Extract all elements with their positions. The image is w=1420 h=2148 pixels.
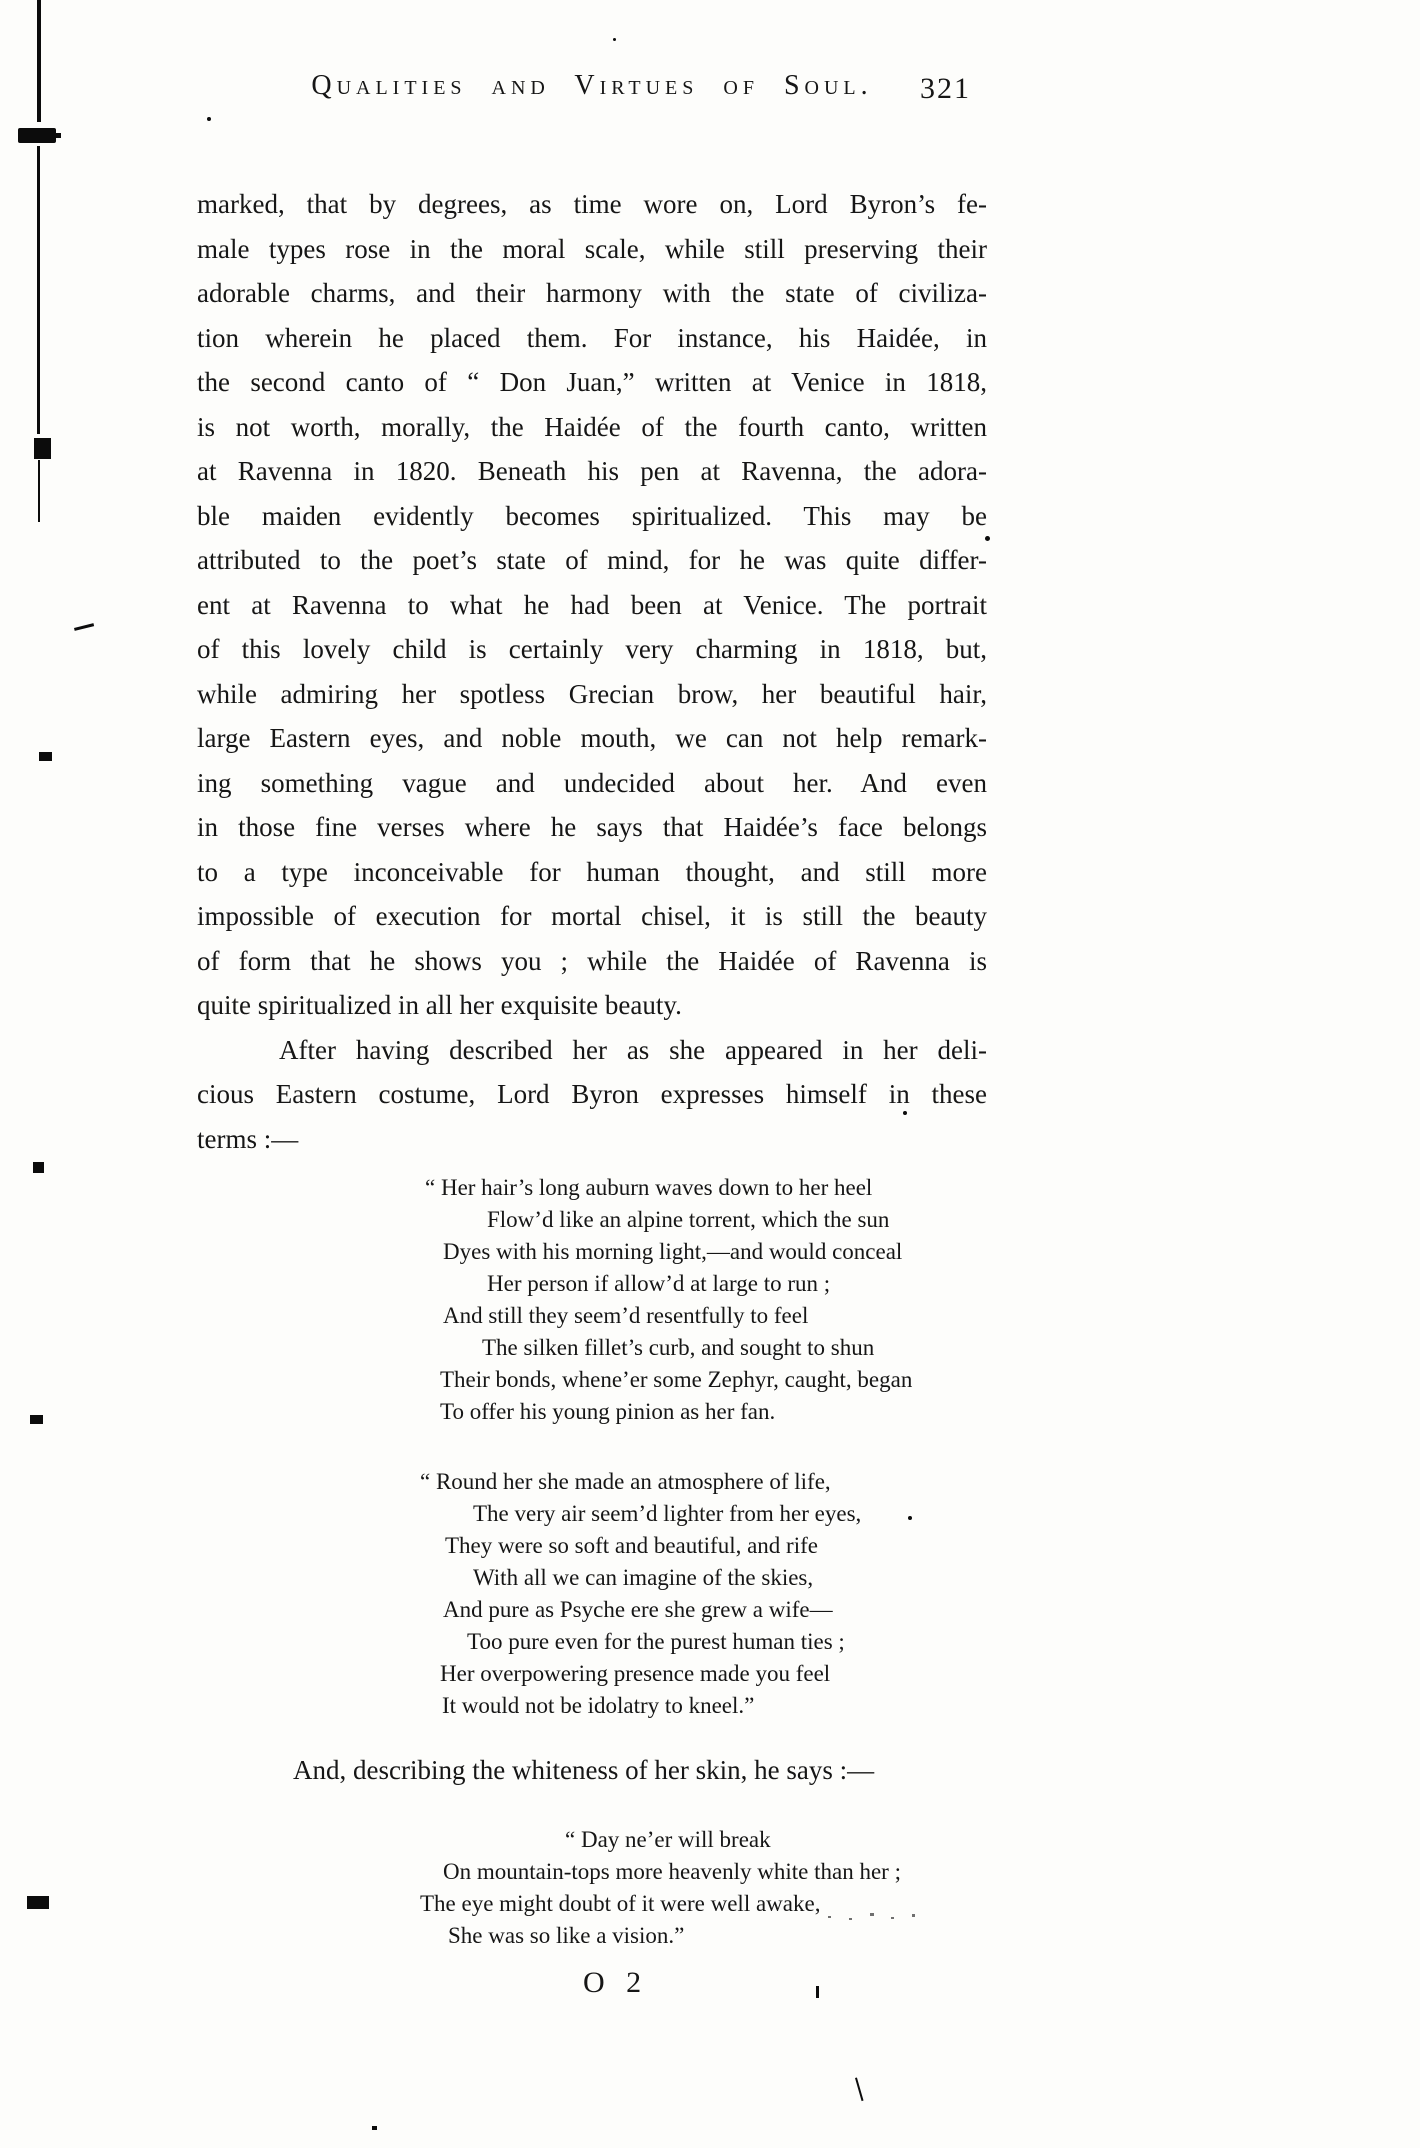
scan-artifact-dot <box>903 1111 907 1115</box>
verse-line: The eye might doubt of it were well awak… <box>420 1888 987 1920</box>
text-line: quite spiritualized in all her exquisite… <box>197 983 987 1028</box>
scan-artifact-dot <box>207 117 211 121</box>
scan-artifact-dot <box>849 1918 852 1920</box>
verse-line: It would not be idolatry to kneel.” <box>442 1690 987 1722</box>
text-line: the second canto of “ Don Juan,” written… <box>197 360 987 405</box>
scan-artifact-tick <box>74 623 94 631</box>
verse-line: Her person if allow’d at large to run ; <box>487 1268 987 1300</box>
text-line: while admiring her spotless Grecian brow… <box>197 672 987 717</box>
verse-line: She was so like a vision.” <box>448 1920 987 1952</box>
scan-artifact-blob <box>30 1415 43 1424</box>
book-page: Qualities and Virtues of Soul. 321 marke… <box>0 0 1420 2148</box>
transition-sentence: And, describing the whiteness of her ski… <box>197 1748 987 1792</box>
text-line: tion wherein he placed them. For instanc… <box>197 316 987 361</box>
scan-artifact-dot <box>891 1917 894 1919</box>
text-line: adorable charms, and their harmony with … <box>197 271 987 316</box>
text-line: large Eastern eyes, and noble mouth, we … <box>197 716 987 761</box>
text-line: to a type inconceivable for human though… <box>197 850 987 895</box>
scan-artifact-dot <box>372 2126 377 2130</box>
scan-artifact-tick <box>816 1986 819 1998</box>
text-line: After having described her as she appear… <box>197 1028 987 1073</box>
text-line: in those fine verses where he says that … <box>197 805 987 850</box>
scan-artifact-dot <box>985 536 990 541</box>
verse-line: Her overpowering presence made you feel <box>440 1658 987 1690</box>
text-line: at Ravenna in 1820. Beneath his pen at R… <box>197 449 987 494</box>
verse-line: On mountain-tops more heavenly white tha… <box>443 1856 987 1888</box>
text-line: marked, that by degrees, as time wore on… <box>197 182 987 227</box>
verse-stanza-3: “ Day ne’er will break On mountain-tops … <box>197 1824 987 1952</box>
page-number: 321 <box>920 72 990 106</box>
verse-line: With all we can imagine of the skies, <box>473 1562 987 1594</box>
scan-artifact-dot <box>828 1916 831 1918</box>
verse-line: Too pure even for the purest human ties … <box>467 1626 987 1658</box>
verse-stanza-1: “ Her hair’s long auburn waves down to h… <box>197 1172 987 1428</box>
verse-line: Flow’d like an alpine torrent, which the… <box>487 1204 987 1236</box>
running-header-title: Qualities and Virtues of Soul. <box>197 70 987 102</box>
verse-line: Their bonds, whene’er some Zephyr, caugh… <box>440 1364 987 1396</box>
text-line: of this lovely child is certainly very c… <box>197 627 987 672</box>
text-line: terms :— <box>197 1117 987 1162</box>
verse-line: They were so soft and beautiful, and rif… <box>445 1530 987 1562</box>
verse-line: And still they seem’d resentfully to fee… <box>443 1300 987 1332</box>
text-line: impossible of execution for mortal chise… <box>197 894 987 939</box>
scan-artifact-dot <box>912 1914 915 1917</box>
verse-line: To offer his young pinion as her fan. <box>440 1396 987 1428</box>
text-line: cious Eastern costume, Lord Byron expres… <box>197 1072 987 1117</box>
text-line: attributed to the poet’s state of mind, … <box>197 538 987 583</box>
scan-artifact-blob <box>27 1896 49 1909</box>
verse-stanza-2: “ Round her she made an atmosphere of li… <box>197 1466 987 1722</box>
text-line: ing something vague and undecided about … <box>197 761 987 806</box>
text-line: ble maiden evidently becomes spiritualiz… <box>197 494 987 539</box>
scan-artifact-margin-line <box>37 0 41 122</box>
text-line: male types rose in the moral scale, whil… <box>197 227 987 272</box>
verse-line: And pure as Psyche ere she grew a wife— <box>443 1594 987 1626</box>
verse-line: The very air seem’d lighter from her eye… <box>473 1498 987 1530</box>
text-line: is not worth, morally, the Haidée of the… <box>197 405 987 450</box>
verse-line: “ Day ne’er will break <box>565 1824 987 1856</box>
scan-artifact-backslash <box>855 2077 864 2101</box>
scan-artifact-margin-line <box>37 146 40 434</box>
verse-line: “ Round her she made an atmosphere of li… <box>420 1466 987 1498</box>
scan-artifact-dot <box>870 1913 874 1916</box>
scan-artifact-blob <box>34 438 51 459</box>
verse-line: Dyes with his morning light,—and would c… <box>443 1236 987 1268</box>
scan-artifact-blob <box>47 133 61 138</box>
main-text: marked, that by degrees, as time wore on… <box>197 182 987 1161</box>
scan-artifact-blob <box>39 752 52 761</box>
verse-line: The silken fillet’s curb, and sought to … <box>482 1332 987 1364</box>
text-line: of form that he shows you ; while the Ha… <box>197 939 987 984</box>
scan-artifact-blob <box>33 1162 44 1173</box>
scan-artifact-dot <box>613 38 616 41</box>
text-line: ent at Ravenna to what he had been at Ve… <box>197 583 987 628</box>
scan-artifact-dot <box>908 1516 912 1520</box>
printers-signature: O 2 <box>583 1966 648 2000</box>
verse-line: “ Her hair’s long auburn waves down to h… <box>425 1172 987 1204</box>
scan-artifact-margin-line <box>38 460 40 522</box>
